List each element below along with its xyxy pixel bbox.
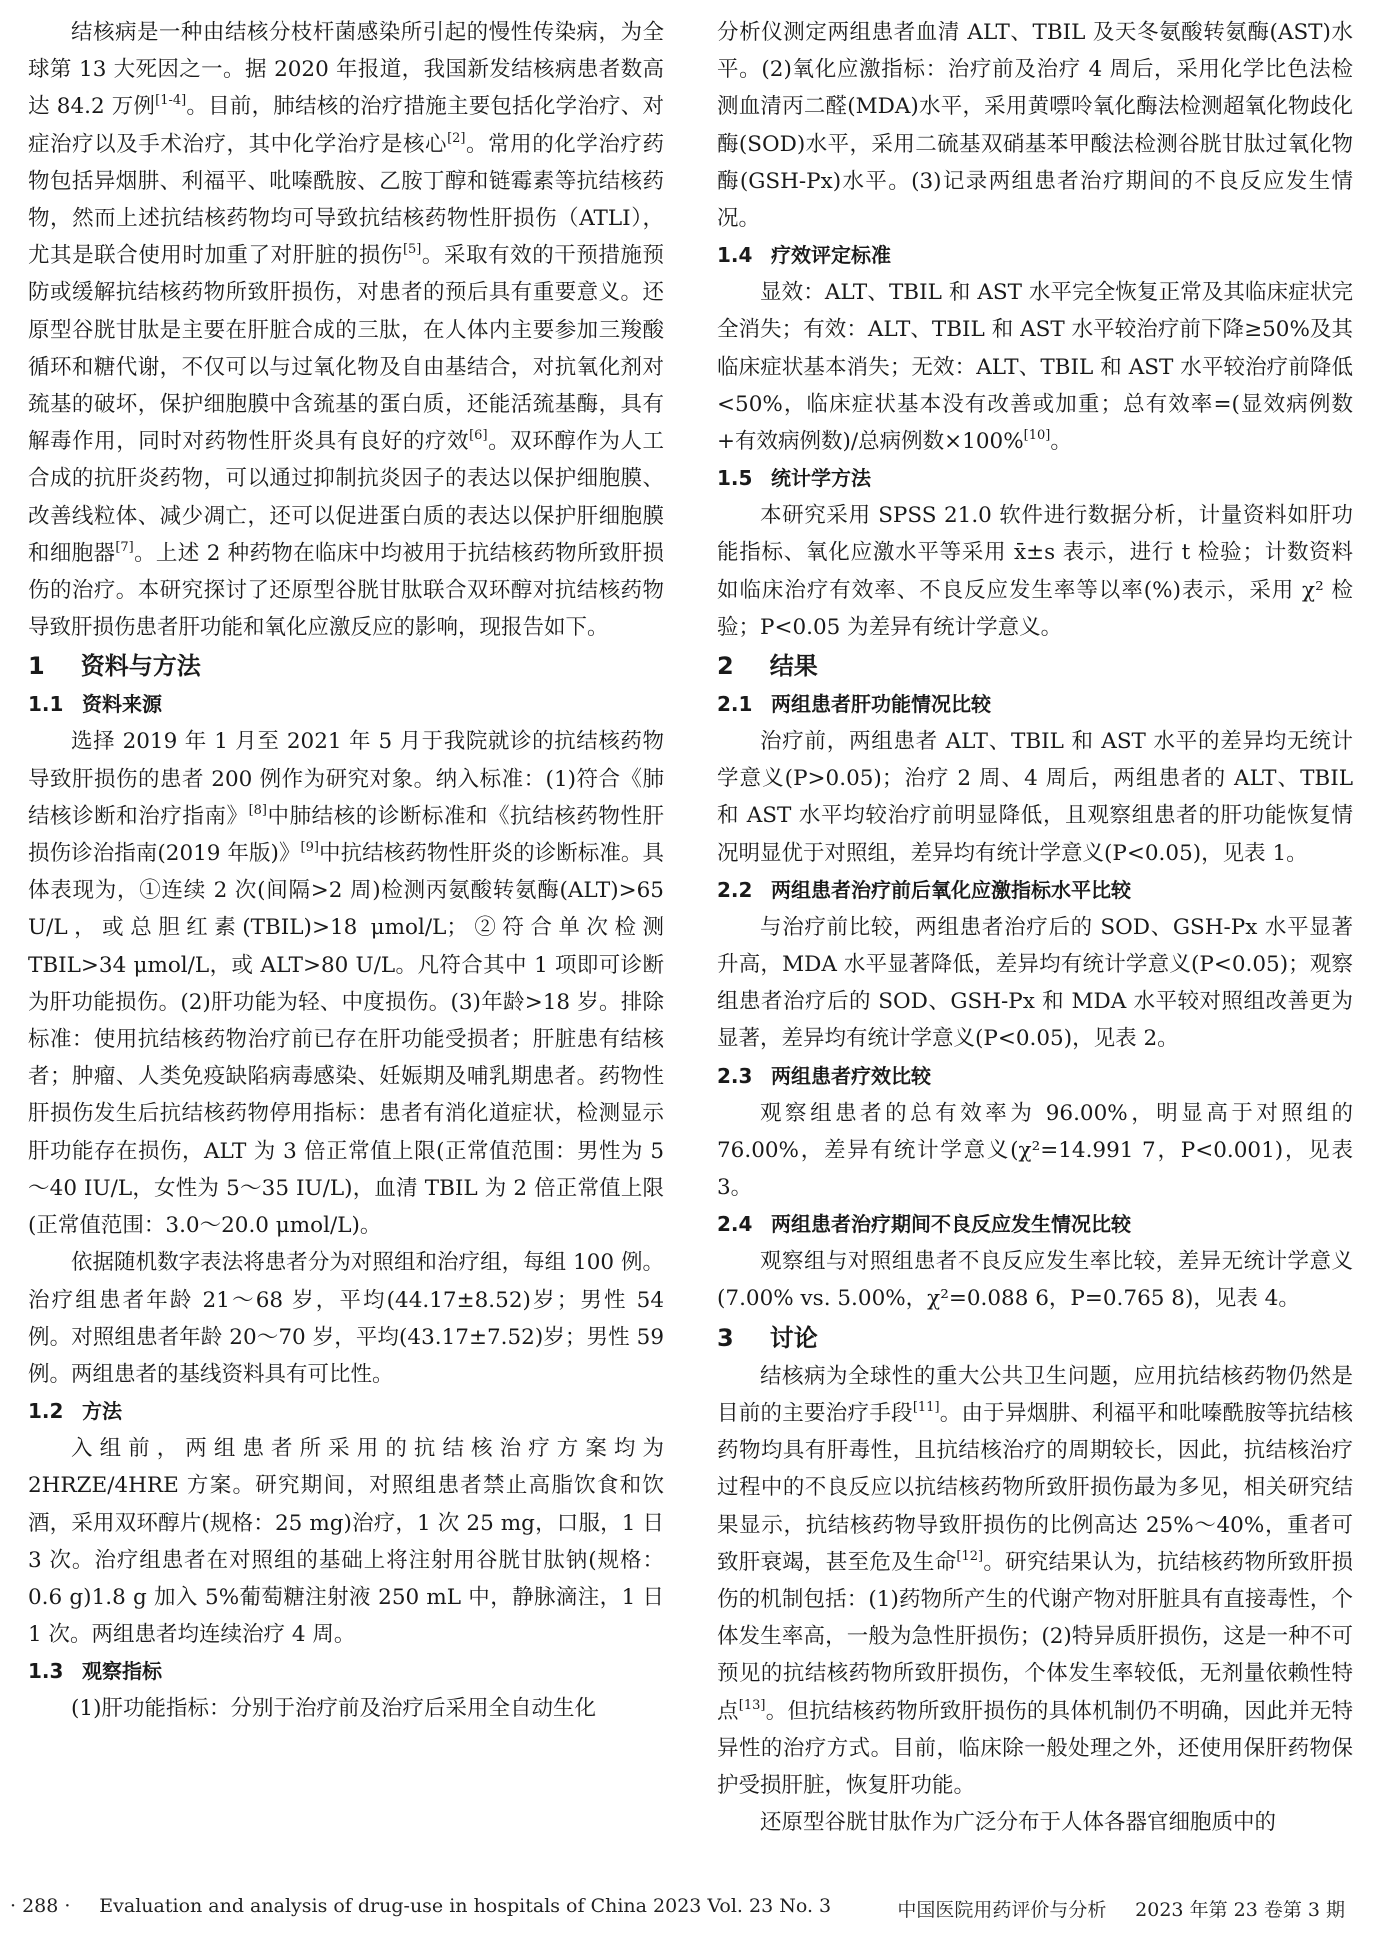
paragraph: 观察组患者的总有效率为 96.00%，明显高于对照组的 76.00%，差异有统计… [717, 1095, 1353, 1207]
citation[interactable]: [6] [469, 428, 487, 443]
section-title: 资料与方法 [81, 652, 201, 680]
subsection-number: 2.4 [717, 1206, 771, 1243]
text-run: 中抗结核药物性肝炎的诊断标准。具体表现为，①连续 2 次(间隔>2 周)检测丙氨… [28, 841, 664, 1238]
subsection-number: 1.4 [717, 237, 771, 274]
text-run: 。但抗结核药物所致肝损伤的具体机制仍不明确，因此并无特异性的治疗方式。目前，临床… [717, 1699, 1353, 1798]
subsection-title: 资料来源 [82, 692, 162, 716]
paragraph: 选择 2019 年 1 月至 2021 年 5 月于我院就诊的抗结核药物导致肝损… [28, 723, 664, 1244]
intro-paragraph: 结核病是一种由结核分枝杆菌感染所引起的慢性传染病，为全球第 13 大死因之一。据… [28, 14, 664, 646]
subsection-heading-2-3: 2.3两组患者疗效比较 [717, 1058, 1353, 1095]
text-run: 。研究结果认为，抗结核药物所致肝损伤的机制包括：(1)药物所产生的代谢产物对肝脏… [717, 1550, 1353, 1724]
subsection-number: 1.3 [28, 1653, 82, 1690]
subsection-title: 两组患者疗效比较 [771, 1064, 931, 1088]
subsection-number: 1.1 [28, 686, 82, 723]
citation[interactable]: [5] [403, 242, 421, 257]
paragraph: 还原型谷胱甘肽作为广泛分布于人体各器官细胞质中的 [717, 1804, 1353, 1841]
citation[interactable]: [1-4] [155, 93, 186, 108]
section-heading-2: 2结果 [717, 646, 1353, 686]
text-run: 。采取有效的干预措施预防或缓解抗结核药物所致肝损伤，对患者的预后具有重要意义。还… [28, 243, 664, 454]
subsection-title: 方法 [82, 1399, 122, 1423]
subsection-number: 2.2 [717, 872, 771, 909]
subsection-heading-1-4: 1.4疗效评定标准 [717, 237, 1353, 274]
subsection-number: 2.3 [717, 1058, 771, 1095]
footer-left: · 288 · Evaluation and analysis of drug-… [10, 1895, 831, 1917]
subsection-title: 统计学方法 [771, 466, 871, 490]
citation[interactable]: [12] [956, 1549, 983, 1564]
journal-name-english: Evaluation and analysis of drug-use in h… [99, 1895, 831, 1917]
subsection-heading-1-2: 1.2方法 [28, 1393, 664, 1430]
page-number: · 288 · [10, 1895, 70, 1917]
subsection-number: 2.1 [717, 686, 771, 723]
citation[interactable]: [2] [447, 131, 465, 146]
text-run: 。 [1050, 429, 1072, 454]
citation[interactable]: [13] [739, 1698, 766, 1713]
citation[interactable]: [10] [1024, 428, 1051, 443]
paragraph: 本研究采用 SPSS 21.0 软件进行数据分析，计量资料如肝功能指标、氧化应激… [717, 497, 1353, 646]
subsection-title: 疗效评定标准 [771, 243, 891, 267]
paragraph: 入组前，两组患者所采用的抗结核治疗方案均为 2HRZE/4HRE 方案。研究期间… [28, 1430, 664, 1653]
subsection-heading-1-5: 1.5统计学方法 [717, 460, 1353, 497]
left-column: 结核病是一种由结核分枝杆菌感染所引起的慢性传染病，为全球第 13 大死因之一。据… [28, 14, 664, 1728]
journal-name-chinese: 中国医院用药评价与分析 [897, 1899, 1106, 1921]
subsection-heading-2-4: 2.4两组患者治疗期间不良反应发生情况比较 [717, 1206, 1353, 1243]
section-heading-1: 1资料与方法 [28, 646, 664, 686]
paragraph: (1)肝功能指标：分别于治疗前及治疗后采用全自动生化 [28, 1690, 664, 1727]
subsection-title: 两组患者肝功能情况比较 [771, 692, 991, 716]
paragraph-continued: 分析仪测定两组患者血清 ALT、TBIL 及天冬氨酸转氨酶(AST)水平。(2)… [717, 14, 1353, 237]
citation[interactable]: [7] [115, 540, 133, 555]
journal-issue: 2023 年第 23 卷第 3 期 [1135, 1899, 1345, 1921]
subsection-heading-2-1: 2.1两组患者肝功能情况比较 [717, 686, 1353, 723]
paragraph: 治疗前，两组患者 ALT、TBIL 和 AST 水平的差异均无统计学意义(P>0… [717, 723, 1353, 872]
subsection-heading-1-3: 1.3观察指标 [28, 1653, 664, 1690]
section-title: 结果 [770, 652, 818, 680]
subsection-heading-1-1: 1.1资料来源 [28, 686, 664, 723]
section-number: 2 [717, 646, 770, 686]
page-footer: · 288 · Evaluation and analysis of drug-… [0, 1895, 1375, 1925]
subsection-title: 两组患者治疗前后氧化应激指标水平比较 [771, 878, 1131, 902]
paragraph: 显效：ALT、TBIL 和 AST 水平完全恢复正常及其临床症状完全消失；有效：… [717, 274, 1353, 460]
text-run: 。由于异烟肼、利福平和吡嗪酰胺等抗结核药物均具有肝毒性，且抗结核治疗的周期较长，… [717, 1401, 1353, 1575]
subsection-number: 1.2 [28, 1393, 82, 1430]
section-number: 1 [28, 646, 81, 686]
subsection-title: 观察指标 [82, 1659, 162, 1683]
section-heading-3: 3讨论 [717, 1318, 1353, 1358]
paragraph: 结核病为全球性的重大公共卫生问题，应用抗结核药物仍然是目前的主要治疗手段[11]… [717, 1358, 1353, 1804]
subsection-title: 两组患者治疗期间不良反应发生情况比较 [771, 1212, 1131, 1236]
right-column: 分析仪测定两组患者血清 ALT、TBIL 及天冬氨酸转氨酶(AST)水平。(2)… [717, 14, 1353, 1841]
footer-right: 中国医院用药评价与分析 2023 年第 23 卷第 3 期 [897, 1895, 1345, 1922]
paragraph: 与治疗前比较，两组患者治疗后的 SOD、GSH-Px 水平显著升高，MDA 水平… [717, 909, 1353, 1058]
paragraph: 观察组与对照组患者不良反应发生率比较，差异无统计学意义(7.00% vs. 5.… [717, 1243, 1353, 1317]
citation[interactable]: [9] [301, 840, 319, 855]
citation[interactable]: [8] [249, 803, 267, 818]
text-run: 。上述 2 种药物在临床中均被用于抗结核药物所致肝损伤的治疗。本研究探讨了还原型… [28, 541, 664, 640]
subsection-number: 1.5 [717, 460, 771, 497]
subsection-heading-2-2: 2.2两组患者治疗前后氧化应激指标水平比较 [717, 872, 1353, 909]
section-title: 讨论 [770, 1324, 818, 1352]
section-number: 3 [717, 1318, 770, 1358]
paragraph: 依据随机数字表法将患者分为对照组和治疗组，每组 100 例。治疗组患者年龄 21… [28, 1244, 664, 1393]
citation[interactable]: [11] [913, 1400, 940, 1415]
